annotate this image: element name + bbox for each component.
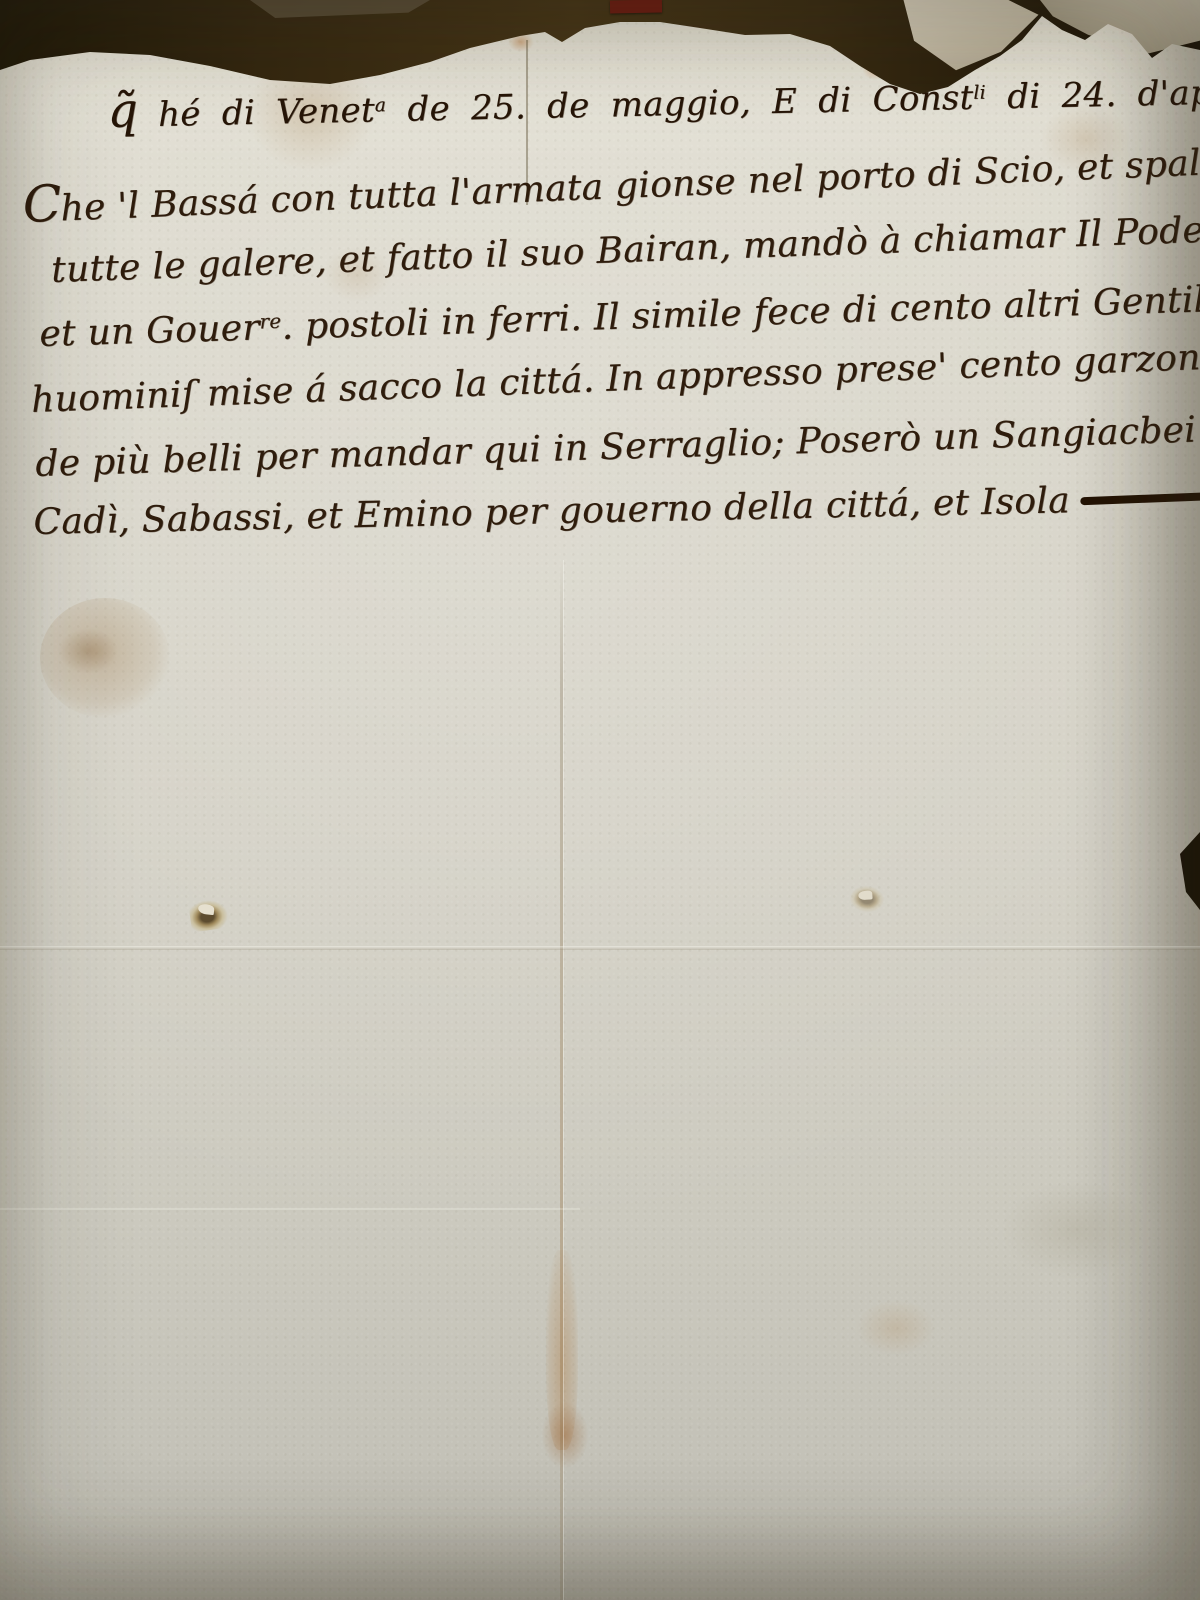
- manuscript-text-segment: de più belli per mandar qui in Serraglio…: [35, 410, 1197, 485]
- manuscript-text-segment: q̃: [107, 83, 138, 139]
- manuscript-photo: q̃ hé di Veneta de 25. de maggio, E di C…: [0, 0, 1200, 1600]
- manuscript-text-segment: de 25. de maggio, E di Const: [386, 78, 974, 130]
- manuscript-text-segment: li: [973, 82, 986, 103]
- manuscript-text-segment: a: [375, 95, 387, 116]
- manuscript-text-segment: et un Gouer: [39, 307, 261, 355]
- manuscript-text-segment: C: [22, 174, 62, 234]
- manuscript-text-segment: Cadì, Sabassi, et Emino per gouerno dell…: [33, 480, 1070, 543]
- red-mark: [610, 0, 662, 13]
- manuscript-text-segment: di 24. d'ap.: [986, 73, 1200, 118]
- manuscript-text-segment: hé di Venet: [137, 90, 376, 135]
- manuscript-text-segment: re: [259, 310, 281, 334]
- manuscript-line: Cadì, Sabassi, et Emino per gouerno dell…: [33, 477, 1200, 543]
- manuscript-text-segment: . postoli in ferri. Il simile fece di ce…: [281, 278, 1200, 347]
- ink-rule-flourish: [1080, 492, 1200, 505]
- stain: [905, 0, 985, 46]
- manuscript-line: de più belli per mandar qui in Serraglio…: [35, 410, 1197, 485]
- manuscript-text: q̃ hé di Veneta de 25. de maggio, E di C…: [0, 0, 1200, 1600]
- manuscript-page: q̃ hé di Veneta de 25. de maggio, E di C…: [0, 0, 1200, 1600]
- torn-paper-fragment: [250, 0, 430, 18]
- header-line: q̃ hé di Veneta de 25. de maggio, E di C…: [107, 60, 1200, 139]
